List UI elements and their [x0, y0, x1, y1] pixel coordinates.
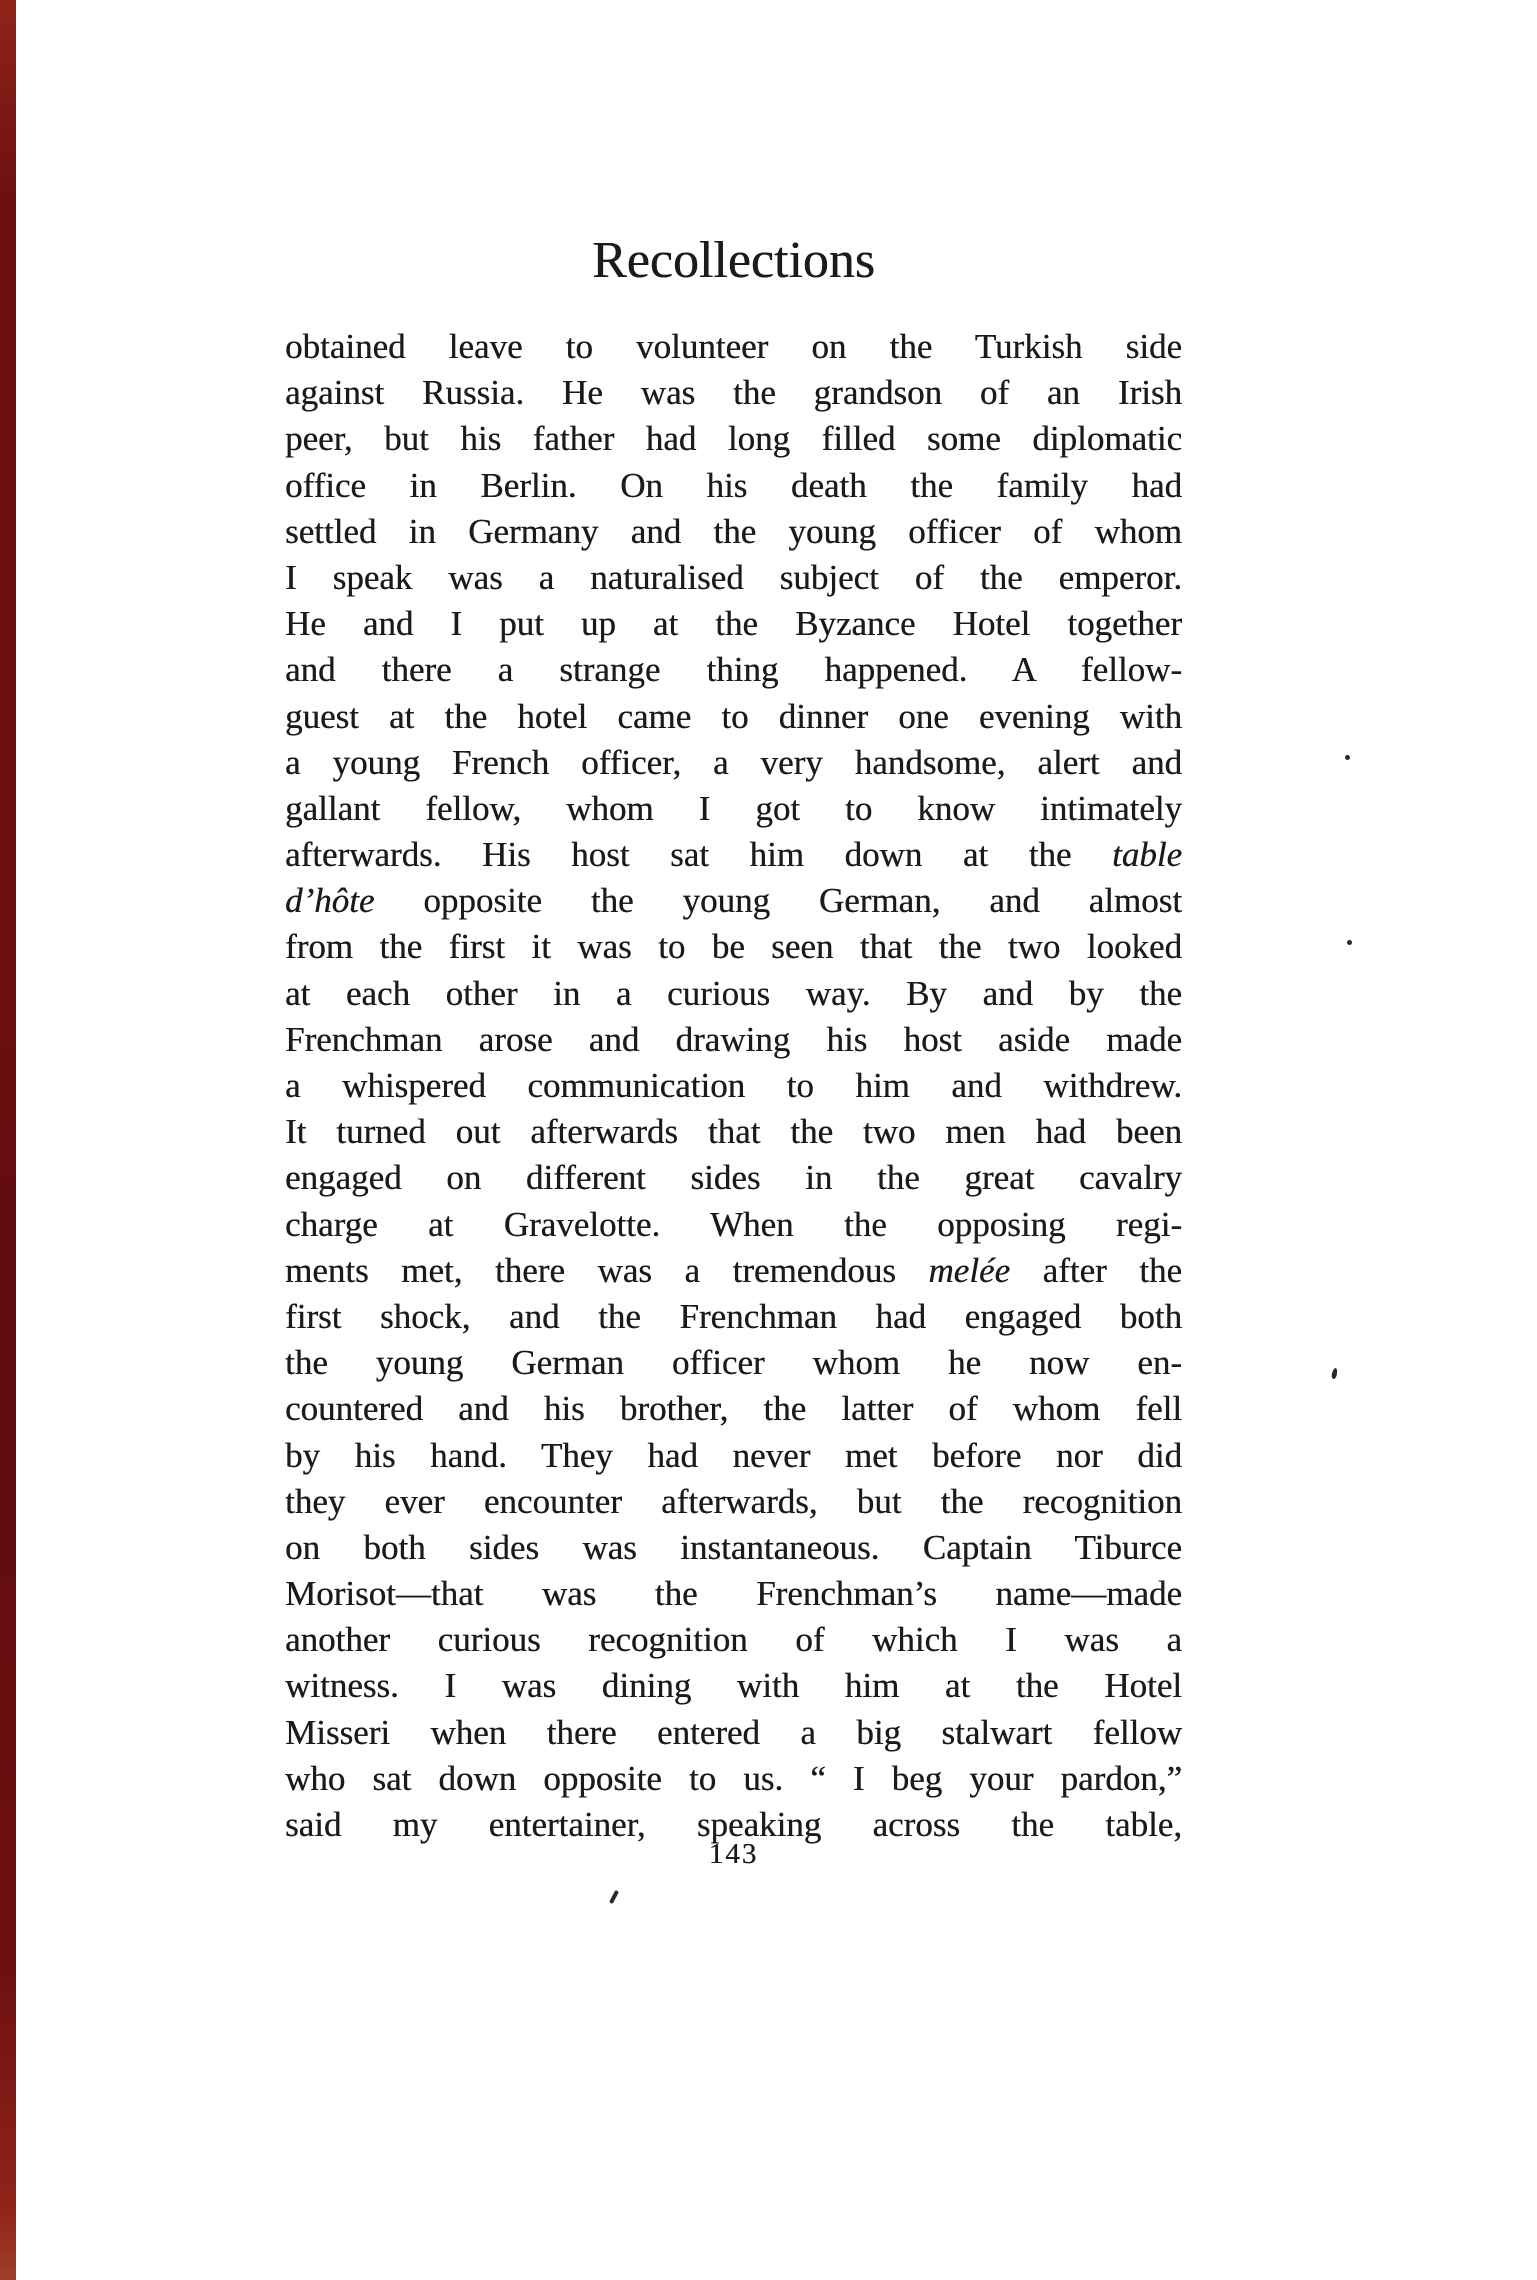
body-line: a whispered communication to him and wit… [285, 1063, 1182, 1109]
book-page: Recollections obtained leave to voluntee… [0, 0, 1537, 2280]
body-line: who sat down opposite to us. “ I beg you… [285, 1756, 1182, 1802]
body-line: from the first it was to be seen that th… [285, 924, 1182, 970]
body-line: peer, but his father had long filled som… [285, 416, 1182, 462]
body-text: obtained leave to volunteer on the Turki… [285, 324, 1182, 1848]
body-line: guest at the hotel came to dinner one ev… [285, 694, 1182, 740]
page-title: Recollections [285, 232, 1182, 289]
body-line: charge at Gravelotte. When the opposing … [285, 1202, 1182, 1248]
body-line: on both sides was instantaneous. Captain… [285, 1525, 1182, 1571]
body-line: It turned out afterwards that the two me… [285, 1109, 1182, 1155]
body-line: obtained leave to volunteer on the Turki… [285, 324, 1182, 370]
body-line: He and I put up at the Byzance Hotel tog… [285, 601, 1182, 647]
scan-speck-apostrophe [1331, 1368, 1338, 1380]
body-line: they ever encounter afterwards, but the … [285, 1479, 1182, 1525]
body-line: countered and his brother, the latter of… [285, 1386, 1182, 1432]
body-line: a young French officer, a very handsome,… [285, 740, 1182, 786]
body-line: Frenchman arose and drawing his host asi… [285, 1017, 1182, 1063]
body-line: Morisot—that was the Frenchman’s name—ma… [285, 1571, 1182, 1617]
body-line: at each other in a curious way. By and b… [285, 971, 1182, 1017]
body-line: afterwards. His host sat him down at the… [285, 832, 1182, 878]
body-line: office in Berlin. On his death the famil… [285, 463, 1182, 509]
body-line: another curious recognition of which I w… [285, 1617, 1182, 1663]
body-line: d’hôte opposite the young German, and al… [285, 878, 1182, 924]
body-line: against Russia. He was the grandson of a… [285, 370, 1182, 416]
body-line: and there a strange thing happened. A fe… [285, 647, 1182, 693]
body-line: ments met, there was a tremendous melée … [285, 1248, 1182, 1294]
body-line: by his hand. They had never met before n… [285, 1433, 1182, 1479]
body-line: engaged on different sides in the great … [285, 1155, 1182, 1201]
scan-speck-dot [1345, 755, 1350, 760]
body-line: I speak was a naturalised subject of the… [285, 555, 1182, 601]
page-number: 143 [285, 1838, 1182, 1871]
body-line: witness. I was dining with him at the Ho… [285, 1663, 1182, 1709]
body-line: Misseri when there entered a big stalwar… [285, 1710, 1182, 1756]
body-line: first shock, and the Frenchman had engag… [285, 1294, 1182, 1340]
body-line: the young German officer whom he now en- [285, 1340, 1182, 1386]
body-line: settled in Germany and the young officer… [285, 509, 1182, 555]
body-line: gallant fellow, whom I got to know intim… [285, 786, 1182, 832]
scan-speck-tick [609, 1890, 619, 1904]
scan-speck-dot [1347, 940, 1352, 945]
book-spine-edge [0, 0, 16, 2280]
